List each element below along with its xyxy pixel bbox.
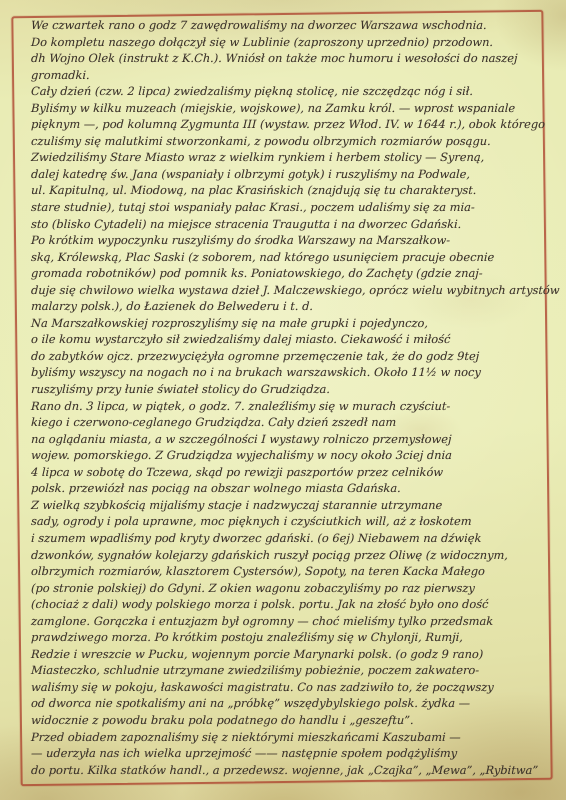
handwritten-text: We czwartek rano o godz 7 zawędrowaliśmy… xyxy=(31,17,545,778)
handwriting-line: kiego i czerwono-ceglanego Grudziądza. C… xyxy=(31,414,546,431)
handwriting-line: ul. Kapitulną, ul. Miodową, na plac Kras… xyxy=(31,182,546,199)
handwriting-line: i szumem wpadliśmy pod kryty dworzec gda… xyxy=(31,530,546,547)
handwriting-line: pięknym —, pod kolumną Zygmunta III (wys… xyxy=(31,116,546,133)
handwriting-line: Przed obiadem zapoznaliśmy się z niektór… xyxy=(31,729,546,746)
handwriting-line: wojew. pomorskiego. Z Grudziądza wyjecha… xyxy=(31,447,546,464)
handwriting-line: Byliśmy w kilku muzeach (miejskie, wojsk… xyxy=(31,100,546,117)
handwriting-line: dalej katedrę św. Jana (wspaniały i olbr… xyxy=(31,166,546,183)
handwriting-line: czuliśmy się malutkimi stworzonkami, z p… xyxy=(31,133,546,150)
handwriting-line: ruszyliśmy przy łunie świateł stolicy do… xyxy=(31,381,546,398)
manuscript-page: We czwartek rano o godz 7 zawędrowaliśmy… xyxy=(0,0,566,800)
handwriting-line: na oglądaniu miasta, a w szczególności I… xyxy=(31,431,546,448)
handwriting-line: od dworca nie spotkaliśmy ani na „próbkę… xyxy=(31,695,546,712)
handwriting-line: Rano dn. 3 lipca, w piątek, o godz. 7. z… xyxy=(31,398,546,415)
handwriting-line: Z wielką szybkością mijaliśmy stacje i n… xyxy=(31,497,546,514)
handwriting-line: gromadki. xyxy=(31,67,546,84)
handwriting-line: We czwartek rano o godz 7 zawędrowaliśmy… xyxy=(31,17,546,34)
handwriting-line: (po stronie polskiej) do Gdyni. Z okien … xyxy=(31,580,546,597)
handwriting-line: sady, ogrody i pola uprawne, moc pięknyc… xyxy=(31,513,546,530)
handwriting-line: Po krótkim wypoczynku ruszyliśmy do środ… xyxy=(31,232,546,249)
handwriting-line: dh Wojno Olek (instrukt z K.Ch.). Wniósł… xyxy=(31,50,546,67)
handwriting-line: do portu. Kilka statków handl., a przede… xyxy=(31,762,546,779)
handwriting-line: byliśmy wszyscy na nogach no i na brukac… xyxy=(31,364,546,381)
handwriting-line: prawdziwego morza. Po krótkim postoju zn… xyxy=(31,629,546,646)
handwriting-line: Cały dzień (czw. 2 lipca) zwiedzaliśmy p… xyxy=(31,83,546,100)
handwriting-line: dzwonków, sygnałów kolejarzy gdańskich r… xyxy=(31,547,546,564)
handwriting-line: (chociaż z dali) wody polskiego morza i … xyxy=(31,596,546,613)
handwriting-line: Redzie i wreszcie w Pucku, wojennym porc… xyxy=(31,646,546,663)
handwriting-line: o ile komu wystarczyło sił zwiedzaliśmy … xyxy=(31,331,546,348)
handwriting-line: malarzy polsk.), do Łazienek do Belweder… xyxy=(31,298,546,315)
handwriting-line: gromada robotników) pod pomnik ks. Ponia… xyxy=(31,265,546,282)
handwriting-line: Zwiedziliśmy Stare Miasto wraz z wielkim… xyxy=(31,149,546,166)
handwriting-line: — uderzyła nas ich wielka uprzejmość —— … xyxy=(31,745,546,762)
handwriting-line: ską, Królewską, Plac Saski (z soborem, n… xyxy=(31,249,546,266)
handwriting-line: do zabytków ojcz. przezwyciężyła ogromne… xyxy=(31,348,546,365)
handwriting-line: Miasteczko, schludnie utrzymane zwiedzil… xyxy=(31,662,546,679)
handwriting-line: waliśmy się w pokoju, łaskawości magistr… xyxy=(31,679,546,696)
handwriting-line: duje się chwilowo wielka wystawa dzieł J… xyxy=(31,282,546,299)
handwriting-line: widocznie z powodu braku pola podatnego … xyxy=(31,712,546,729)
handwriting-line: Do kompletu naszego dołączył się w Lubli… xyxy=(31,34,546,51)
handwriting-line: sto (blisko Cytadeli) na miejsce stracen… xyxy=(31,216,546,233)
handwriting-line: zamglone. Gorączka i entuzjazm był ogrom… xyxy=(31,613,546,630)
handwriting-line: polsk. przewiózł nas pociąg na obszar wo… xyxy=(31,480,546,497)
handwriting-line: stare studnie), tutaj stoi wspaniały pał… xyxy=(31,199,546,216)
handwriting-line: 4 lipca w sobotę do Tczewa, skąd po rewi… xyxy=(31,464,546,481)
handwriting-line: Na Marszałkowskiej rozproszyliśmy się na… xyxy=(31,315,546,332)
handwriting-line: olbrzymich rozmiarów, klasztorem Cysters… xyxy=(31,563,546,580)
